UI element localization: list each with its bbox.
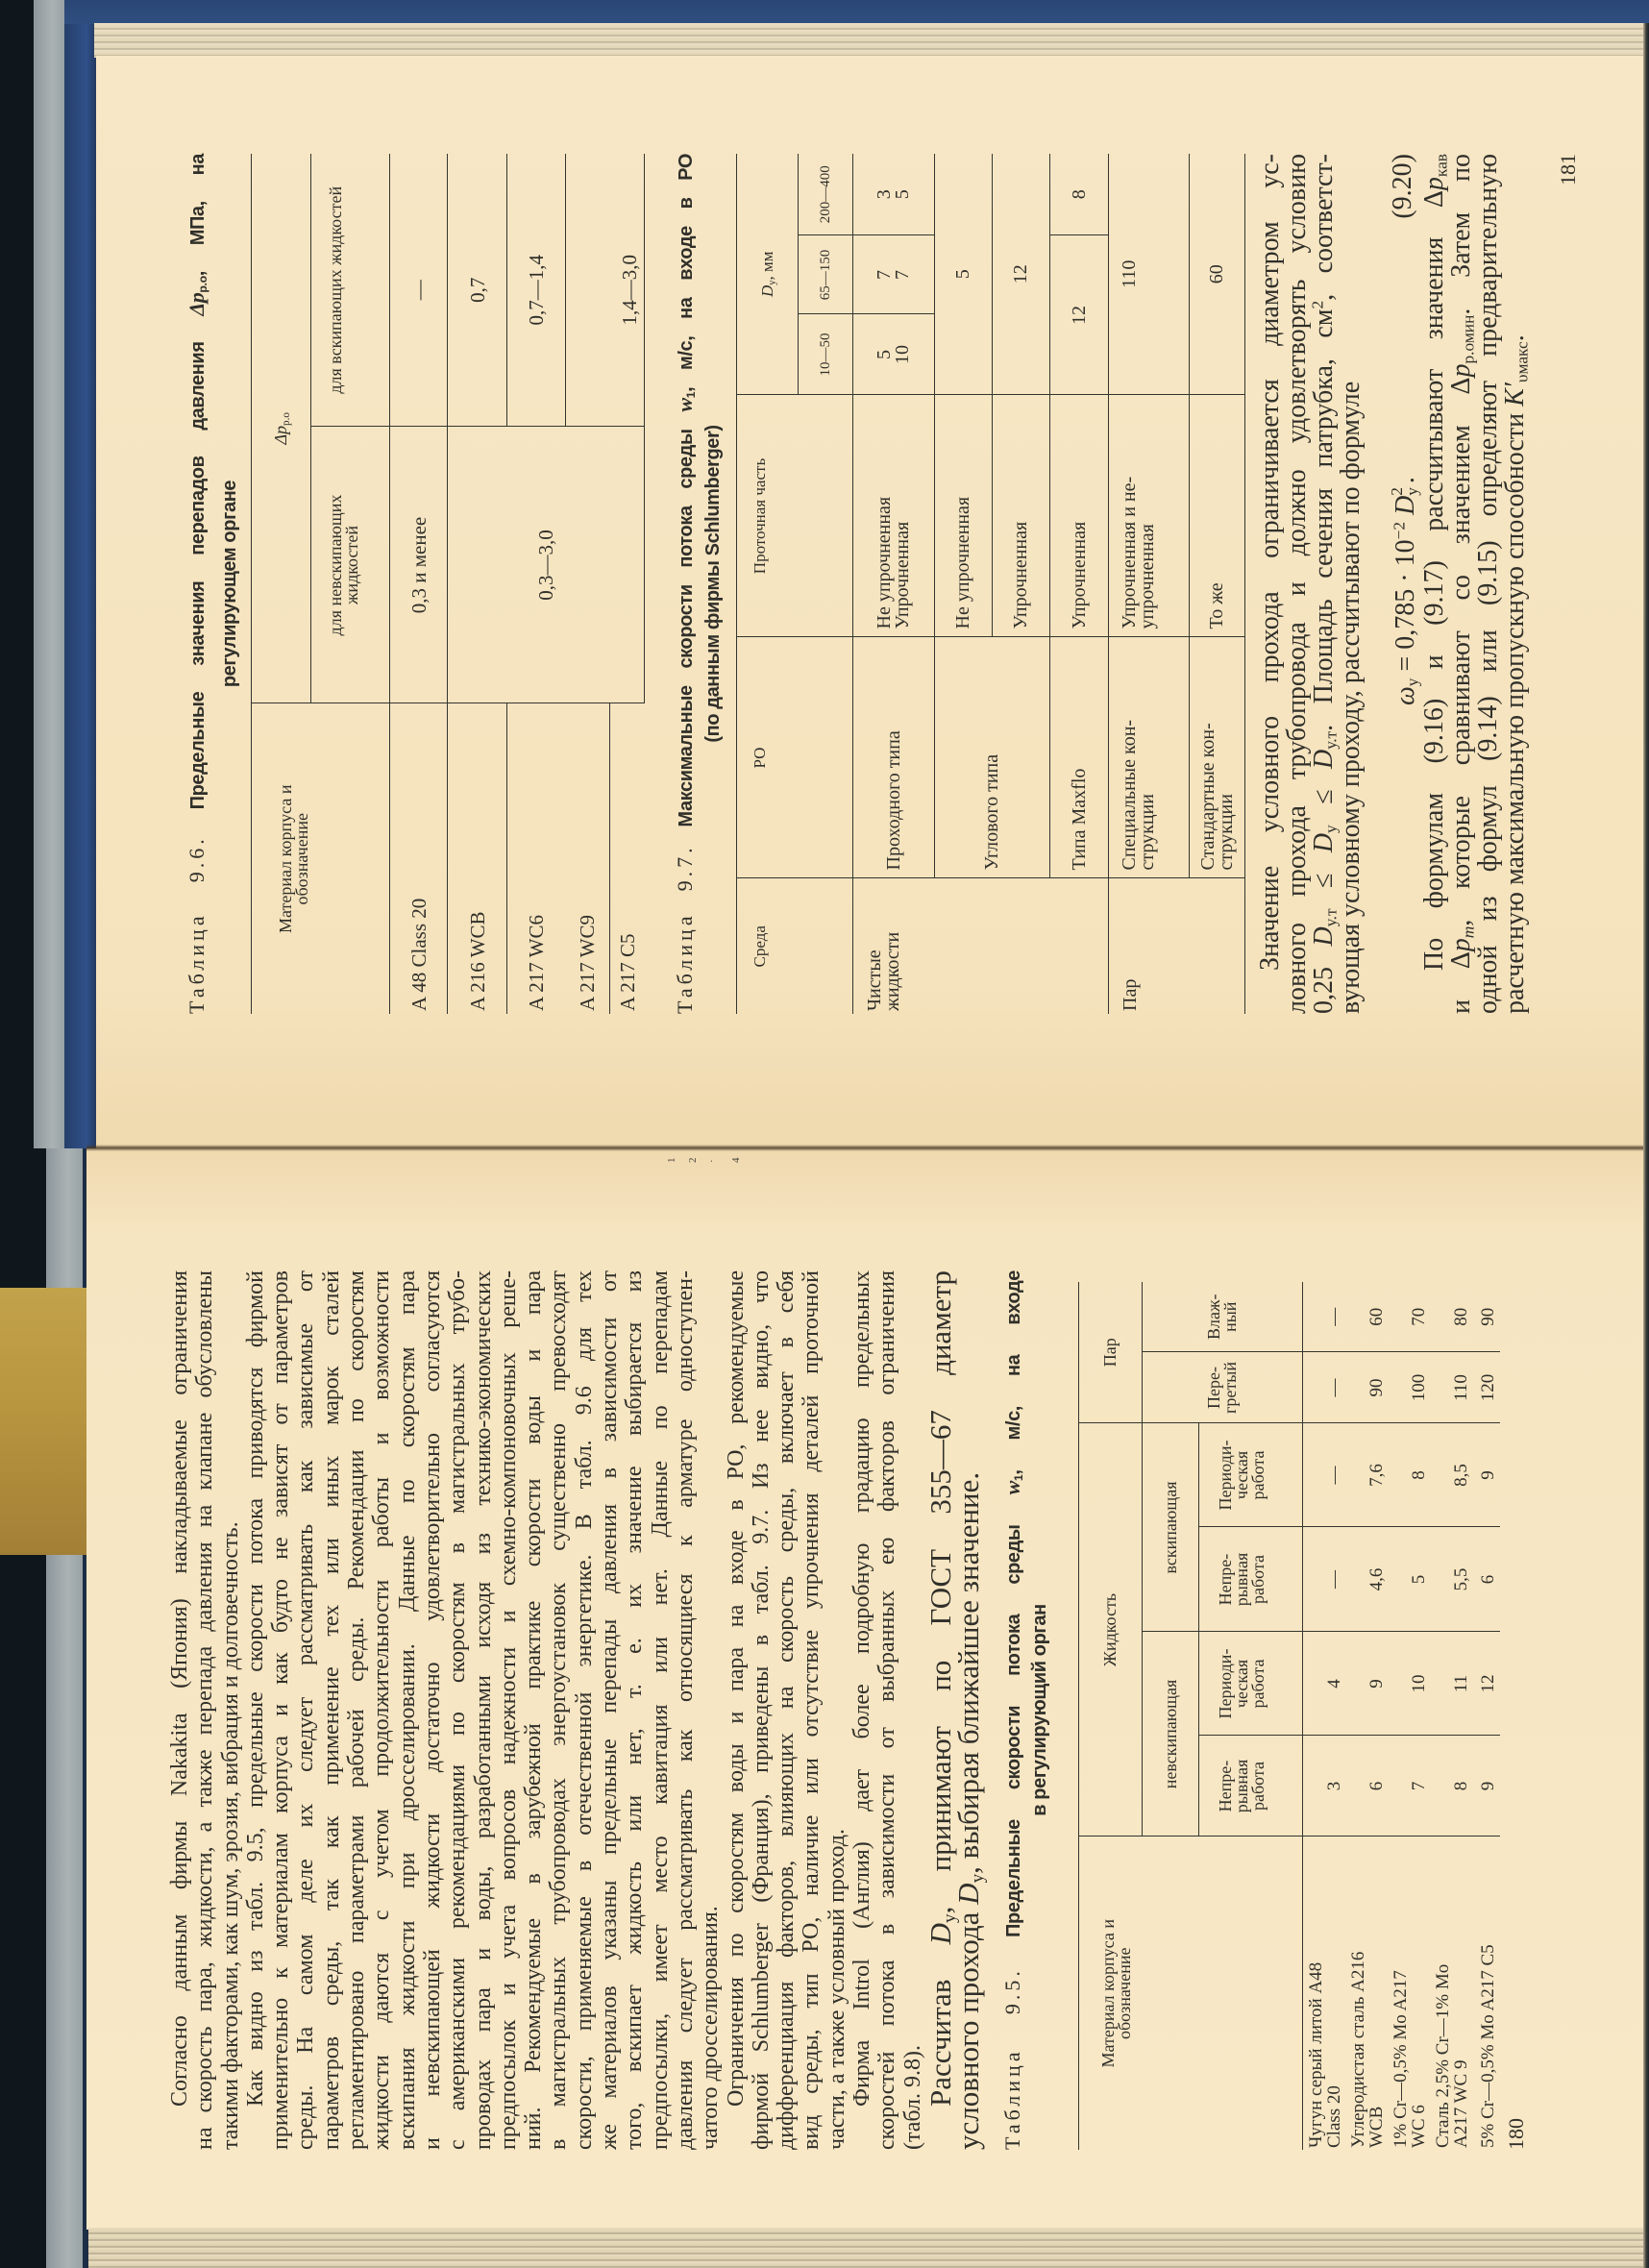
cell-line: WCB (1366, 2107, 1387, 2148)
text-line: расчетную максимальную пропускную способ… (1502, 154, 1529, 1014)
caption-line-2: (по данным фирмы Schlumberger) (700, 154, 726, 1014)
text-run: ≤ (1309, 852, 1339, 908)
text-line: ний. Рекомендуемые в зарубежной практике… (521, 1270, 546, 2150)
text-run: 0,25 (1309, 947, 1339, 1014)
velocity-symbol: w (1000, 1481, 1024, 1494)
cell-value: — (1303, 1423, 1346, 1527)
scanner-edge-gray (34, 0, 64, 1148)
diameter-symbol: D (758, 285, 776, 297)
text-line: Согласно данным фирмы Nakakita (Япония) … (167, 1270, 192, 2150)
header-line: обозначение (292, 813, 311, 904)
pressure-symbol: p (1446, 938, 1476, 951)
header-line: гретый (1220, 1362, 1240, 1414)
page-stack-edge-bottom (88, 2228, 1649, 2268)
cell-material: A 48 Class 20 (390, 703, 448, 1014)
cell-value: 10 (1389, 1632, 1431, 1736)
cell-line: струкции (1216, 794, 1237, 870)
header-superheated: Пере-гретый (1143, 1352, 1303, 1423)
header-periodic: Периоди-ческаяработа (1199, 1423, 1303, 1527)
cell-line: Упрочненная (892, 522, 913, 629)
cell-value: 5 (935, 154, 993, 395)
superscript: 2 (1308, 301, 1326, 309)
cell-medium: Чистыежидкости (853, 878, 1109, 1014)
text-run: . Затем по (1446, 154, 1476, 315)
text-run: . (1500, 334, 1530, 341)
text-run: ≤ (1309, 769, 1339, 825)
table-row: A 48 Class 20 0,3 и менее — (390, 154, 448, 1014)
cell-material: 5% Cr—0,5% Mo A217 C5 (1473, 1837, 1500, 2150)
cell-value: 12 (1050, 235, 1109, 395)
gutter-mark: 4 (731, 1158, 742, 1164)
header-non-boiling: невскипающая (1143, 1632, 1199, 1837)
text-line: скоростей потока в зависимости от выбран… (874, 1270, 899, 2150)
text-run: и Δ (1446, 951, 1476, 1014)
text-line: применительно к материалам корпуса и как… (268, 1270, 293, 2150)
cell-value: 4 (1303, 1632, 1346, 1736)
header-continuous: Непре-рывнаяработа (1199, 1736, 1303, 1837)
cell-value: 11 (1431, 1632, 1473, 1736)
diameter-symbol: D (951, 1883, 985, 1904)
header-line: работа (1248, 1660, 1268, 1709)
subscript: у (968, 1874, 988, 1884)
page-180: Согласно данным фирмы Nakakita (Япония) … (86, 1148, 1649, 2230)
cell-trim: Не упрочненная (935, 395, 993, 637)
header-boiling: вскипающая (1143, 1423, 1199, 1632)
caption-line: Таблица 9.6. Предельные значения перепад… (181, 154, 214, 1014)
text-line: вид среды, тип РО, наличие или отсутстви… (799, 1270, 824, 2150)
cell-line: струкции (1137, 794, 1158, 870)
table-row: Углеродистая сталь A216WCB 6 9 4,6 7,6 9… (1346, 1282, 1389, 2150)
table-row: 1% Cr—0,5% Mo A217WC 6 7 10 5 8 100 70 (1389, 1282, 1431, 2150)
table-label: Таблица 9.6. (185, 835, 209, 1014)
caption-line: Таблица 9.7. Максимальные скорости поток… (672, 154, 700, 1014)
caption-line-2: в регулирующий орган (1027, 1270, 1053, 2150)
text-line: части, а также условный проход. (824, 1270, 849, 2150)
cell-trim: Упрочненная (993, 395, 1050, 637)
cell-material: Сталь 2,5% Cr—1% MoA217 WC 9 (1431, 1837, 1473, 2150)
cell-value: 60 (1346, 1282, 1389, 1352)
header-dn-range: 200—400 (799, 154, 853, 235)
cell-medium: Пар (1109, 878, 1245, 1014)
subscript: у (768, 280, 778, 284)
text-line: скорости, применяемые в отечественной эн… (572, 1270, 597, 2150)
text-run: , соответст- (1309, 154, 1339, 301)
text-run: , которые сравнивают со значением Δ (1446, 378, 1476, 926)
cell-boiling: — (390, 154, 448, 427)
table-9-6: Материал корпуса иобозначение Δpр.о для … (251, 154, 645, 1014)
cell-value: 8 (1389, 1423, 1431, 1527)
header-valve: РО (737, 637, 853, 878)
text-line: По формулам (9.16) и (9.17) рассчитывают… (1421, 154, 1448, 1014)
header-line: ный (1220, 1302, 1240, 1332)
cell-line: 10 (892, 345, 913, 364)
cell-material: A 217 WC9 (566, 703, 610, 1014)
text-line: же материалов указаны предельные перепад… (597, 1270, 622, 2150)
text-line: проводах пара и воды, разработанными исх… (471, 1270, 496, 2150)
header-dn-range: 10—50 (799, 314, 853, 395)
cell-value: 9 (1473, 1423, 1500, 1527)
formula-expression: ωу = 0,785 · 10−2 D2у. (1390, 477, 1419, 705)
cell-value: 110 (1109, 154, 1190, 395)
cell-material: A 217 WC6 (507, 703, 566, 1014)
diameter-symbol: D (1309, 750, 1339, 769)
superscript-subscript: 2у (1390, 483, 1416, 496)
cell-material: 1% Cr—0,5% Mo A217WC 6 (1389, 1837, 1431, 2150)
title-text: Предельные значения перепадов давления (187, 316, 209, 810)
cell-value: 80 (1431, 1282, 1473, 1352)
text-line: Рассчитав Dу, принимают по ГОСТ 355—67 д… (926, 1270, 954, 2150)
text-line: (табл. 9.8). (900, 1270, 925, 2150)
cell-value: 6 (1473, 1527, 1500, 1632)
diameter-symbol: D (1309, 833, 1339, 852)
body-text: Согласно данным фирмы Nakakita (Япония) … (167, 1270, 925, 2150)
book-spread-scan: Таблица 9.6. Предельные значения перепад… (0, 0, 1649, 2268)
cell-line: жидкости (882, 932, 903, 1011)
page-number: 180 (1503, 1958, 1530, 2150)
text-line: Фирма Introl (Англия) дает более подробн… (849, 1270, 874, 2150)
cell-valve: Типа Maxflo (1050, 637, 1109, 878)
header-line: работа (1248, 1451, 1268, 1500)
text-run: расчетную максимальную пропускную способ… (1500, 407, 1530, 1014)
title-text: Максимальные скорости потока среды (676, 412, 697, 827)
text-line: и невскипающей жидкости достаточно удовл… (420, 1270, 445, 2150)
table-9-5: Материал корпуса иобозначение Жидкость П… (1078, 1282, 1500, 2150)
paragraph-nominal-diameter: Значение условного прохода ограничиваетс… (1257, 154, 1365, 1014)
header-steam: Пар (1079, 1282, 1143, 1423)
subscript: р.о (281, 412, 292, 426)
text-line: среды. На самом деле их следует рассматр… (293, 1270, 318, 2150)
text-run: . Площадь сечения патрубка, см (1309, 309, 1339, 731)
diameter-selection-text: Рассчитав Dу, принимают по ГОСТ 355—67 д… (926, 1270, 982, 2150)
cell-trim: То же (1190, 395, 1245, 637)
cell-material: Чугун серый литой A48Class 20 (1303, 1837, 1346, 2150)
cell-value: 12 (993, 154, 1050, 395)
header-continuous: Непре-рывнаяработа (1199, 1527, 1303, 1632)
table-9-5-caption: Таблица 9.5. Предельные скорости потока … (999, 1270, 1053, 2150)
header-liquid: Жидкость (1079, 1423, 1143, 1837)
cell-value: 7,6 (1346, 1423, 1389, 1527)
text-line: одной из формул (9.14) или (9.15) опреде… (1475, 154, 1502, 1014)
header-line: жидкостей (342, 526, 361, 604)
cell-line: A217 WC 9 (1451, 2060, 1471, 2148)
caption-line-2: регулирующем органе (214, 154, 246, 1014)
cell-value: 90 (1346, 1352, 1389, 1423)
table-row: Чистыежидкости Проходного типа Не упрочн… (853, 154, 935, 1014)
title-text: Предельные скорости потока среды (1003, 1494, 1024, 1937)
table-title: Максимальные скорости потока среды w1, м… (676, 154, 697, 827)
table-9-7: Среда РО Проточная часть Dу, мм 10—50 65… (736, 154, 1245, 1014)
cell-value: 9 (1346, 1632, 1389, 1736)
cell-value: 3 (1303, 1736, 1346, 1837)
header-row: Материал корпуса иобозначение Жидкость П… (1079, 1282, 1143, 2150)
header-line: обозначение (1115, 1948, 1134, 2039)
cell-value: — (1303, 1282, 1346, 1352)
cell-value: 100 (1389, 1352, 1431, 1423)
scanner-edge-dark (0, 0, 34, 1148)
cell-value: 510 (853, 314, 935, 395)
velocity-symbol: w (673, 398, 697, 411)
subscript: υмакс (1513, 341, 1531, 382)
table-title: Предельные скорости потока среды w1, м/с… (1003, 1270, 1024, 1937)
header-wet: Влаж-ный (1143, 1282, 1303, 1352)
text-line: Ограничения по скоростям воды и пара на … (724, 1270, 749, 2150)
paragraph-capacity: По формулам (9.16) и (9.17) рассчитывают… (1421, 154, 1529, 1014)
cell-line: 7 (892, 270, 913, 280)
formula-number: (9.20) (1390, 154, 1419, 219)
text-line: чатого дросселирования. (698, 1270, 723, 2150)
cell-line: Сталь 2,5% Cr—1% Mo (1433, 1964, 1453, 2148)
cell-trim: Упрочненная (1050, 395, 1109, 637)
table-9-7-caption: Таблица 9.7. Максимальные скорости поток… (672, 154, 726, 1014)
text-line: фирмой Schlumberger (Франция), приведены… (749, 1270, 774, 2150)
header-row: Материал корпуса иобозначение Δpр.о (252, 154, 311, 1014)
cell-value: 8,5 (1431, 1423, 1473, 1527)
text-line: дифференциация факторов, влияющих на ско… (774, 1270, 799, 2150)
text-line: и Δpm, которые сравнивают со значением Δ… (1448, 154, 1475, 1014)
text-line: параметров среды, так как применение тех… (319, 1270, 344, 2150)
cell-line: WC 6 (1409, 2105, 1429, 2148)
page-number: 181 (1555, 154, 1582, 1014)
table-label: Таблица 9.5. (1000, 1967, 1024, 2150)
text-line: на скорость пара, жидкости, а также пере… (192, 1270, 217, 2150)
text-run: условного прохода (951, 1905, 985, 2150)
cell-non-boiling: 0,3—3,0 (448, 427, 645, 703)
formula-9-20: ωу = 0,785 · 10−2 D2у. (9.20) (1390, 154, 1419, 1014)
text-run: , выбирая ближайшее значение. (951, 1472, 985, 1874)
header-line: работа (1248, 1762, 1268, 1811)
cell-value: 70 (1389, 1282, 1431, 1352)
cell-value: 5,5 (1431, 1527, 1473, 1632)
cell-valve: Проходного типа (853, 637, 935, 878)
text-line: того, вскипает жидкость или нет, т. е. и… (622, 1270, 647, 2150)
cell-material: Углеродистая сталь A216WCB (1346, 1837, 1389, 2150)
table-9-6-caption: Таблица 9.6. Предельные значения перепад… (181, 154, 246, 1014)
cell-value: 120 (1473, 1352, 1500, 1423)
header-material: Материал корпуса иобозначение (252, 703, 390, 1014)
table-row: Чугун серый литой A48Class 20 3 4 — — — … (1303, 1282, 1346, 2150)
cell-material: A 217 C5 (610, 703, 645, 1014)
cell-boiling: 0,7—1,4 (507, 154, 566, 427)
cell-value: 8 (1431, 1736, 1473, 1837)
header-delta-p: Δpр.о (252, 154, 311, 703)
cell-value: 9 (1473, 1736, 1500, 1837)
delta-p-symbol: Δp (185, 293, 209, 316)
page-181: Таблица 9.6. Предельные значения перепад… (96, 53, 1649, 1148)
header-trim: Проточная часть (737, 395, 853, 637)
text-line: вующая условному проходу, рассчитывают п… (1338, 154, 1365, 1014)
caption-line: Таблица 9.5. Предельные скорости потока … (999, 1270, 1027, 2150)
table-label: Таблица 9.7. (673, 844, 697, 1014)
header-non-boiling: для невскипающихжидкостей (311, 427, 390, 703)
cell-value: 8 (1050, 154, 1109, 235)
header-dn-range: 65—150 (799, 235, 853, 314)
table-row: Сталь 2,5% Cr—1% MoA217 WC 9 8 11 5,5 8,… (1431, 1282, 1473, 2150)
cell-value: 90 (1473, 1282, 1500, 1352)
cell-line: упрочненная (1137, 524, 1158, 629)
cell-value: 12 (1473, 1632, 1500, 1736)
text-line: условного прохода Dу, выбирая ближайшее … (954, 1270, 982, 2150)
text-line: регламентировано параметрами рабочей сре… (344, 1270, 369, 2150)
formula-run: = 0,785 · 10 (1391, 539, 1420, 678)
cell-boiling: 1,4—3,0 (566, 154, 645, 427)
text-line: Значение условного прохода ограничиваетс… (1257, 154, 1284, 1014)
cell-trim: Упрочненная и не-упрочненная (1109, 395, 1190, 637)
cell-value: — (1303, 1352, 1346, 1423)
subscript: 1 (1012, 1475, 1025, 1482)
cell-valve: Специальные кон-струкции (1109, 637, 1190, 878)
unit: , мм (758, 251, 776, 280)
header-boiling: для вскипающих жидкостей (311, 154, 390, 427)
cell-line: Class 20 (1324, 2085, 1344, 2148)
gutter-mark: 1 (667, 1158, 677, 1164)
cell-valve: Углового типа (935, 637, 1050, 878)
delta-p-symbol: Δp (271, 426, 290, 445)
diameter-symbol: D (1391, 496, 1420, 515)
cell-valve: Стандартные кон-струкции (1190, 637, 1245, 878)
title-text: , м/с, на входе в РО (676, 154, 697, 392)
text-line: давления следует рассматривать как относ… (673, 1270, 698, 2150)
header-nominal-diameter: Dу, мм (737, 154, 799, 395)
cell-line: 5 (892, 189, 913, 199)
cell-value: 5 (1389, 1527, 1431, 1632)
cell-value: — (1303, 1527, 1346, 1632)
cell-value: 110 (1431, 1352, 1473, 1423)
text-line: ловного прохода трубопровода и должно уд… (1284, 154, 1311, 1014)
cell-line: Углеродистая сталь A216 (1348, 1952, 1368, 2148)
superscript: −2 (1391, 522, 1409, 539)
header-material: Материал корпуса иобозначение (1079, 1837, 1303, 2150)
cell-value: 60 (1190, 154, 1245, 395)
cell-trim: Не упрочненнаяУпрочненная (853, 395, 935, 637)
text-line: такими факторами, как шум, эрозия, вибра… (218, 1270, 243, 2150)
book-cover-top (64, 0, 1649, 24)
diameter-symbol: D (1309, 926, 1339, 946)
text-line: жидкости даются с учетом продолжительнос… (369, 1270, 394, 2150)
table-title: Предельные значения перепадов давления Δ… (187, 154, 209, 809)
table-row: A 216 WCB 0,3—3,0 0,7 (448, 154, 507, 1014)
pressure-symbol: p (1419, 177, 1449, 190)
cell-value: 4,6 (1346, 1527, 1389, 1632)
pressure-symbol: p (1446, 364, 1476, 378)
title-text: , м/с, на входе (1003, 1270, 1024, 1475)
cell-non-boiling: 0,3 и менее (390, 427, 448, 703)
cell-line: Чугун серый литой A48 (1306, 1962, 1326, 2148)
text-line: в магистральных трубопроводах энергоуста… (546, 1270, 571, 2150)
header-periodic: Периоди-ческаяработа (1199, 1632, 1303, 1736)
cell-line: 1% Cr—0,5% Mo A217 (1391, 1970, 1411, 2148)
subscript: 1 (684, 392, 698, 399)
cell-value: 77 (853, 235, 935, 314)
text-line: с американскими рекомендациями по скорос… (445, 1270, 470, 2150)
text-line: вскипания жидк­ости при дросселировании.… (395, 1270, 420, 2150)
cell-value: 7 (1389, 1736, 1431, 1837)
header-line: работа (1248, 1555, 1268, 1604)
table-row: Пар Специальные кон-струкции Упрочненная… (1109, 154, 1190, 1014)
capacity-symbol: K′ (1500, 382, 1530, 407)
formula-run: . (1391, 477, 1420, 483)
cell-value: 35 (853, 154, 935, 235)
header-medium: Среда (737, 878, 853, 1014)
text-line: предпосылок и учета вопросов надежности … (496, 1270, 521, 2150)
bookmark-ribbon (0, 1288, 88, 1555)
area-symbol: ω (1391, 686, 1420, 705)
text-line: 0,25 Dу.т ≤ Dу ≤ Dу.т. Площадь сечения п… (1311, 154, 1338, 1014)
header-row: Среда РО Проточная часть Dу, мм (737, 154, 799, 1014)
subscript: р.о (196, 276, 209, 292)
cell-boiling: 0,7 (448, 154, 507, 427)
book-cover-side (64, 0, 96, 1148)
text-run: По формулам (9.16) и (9.17) рассчитывают… (1419, 190, 1449, 971)
title-text: , МПа, на (187, 154, 209, 276)
gutter-mark: · (707, 1159, 718, 1163)
text-line: Как видно из табл. 9.5, предельные скоро… (243, 1270, 268, 2150)
cell-value: 6 (1346, 1736, 1389, 1837)
text-line: предпосылки, имеет место кавитация или н… (648, 1270, 673, 2150)
gutter-mark: 2 (688, 1158, 699, 1164)
cell-material: A 216 WCB (448, 703, 507, 1014)
table-row: 5% Cr—0,5% Mo A217 C5 9 12 6 9 120 90 (1473, 1282, 1500, 2150)
